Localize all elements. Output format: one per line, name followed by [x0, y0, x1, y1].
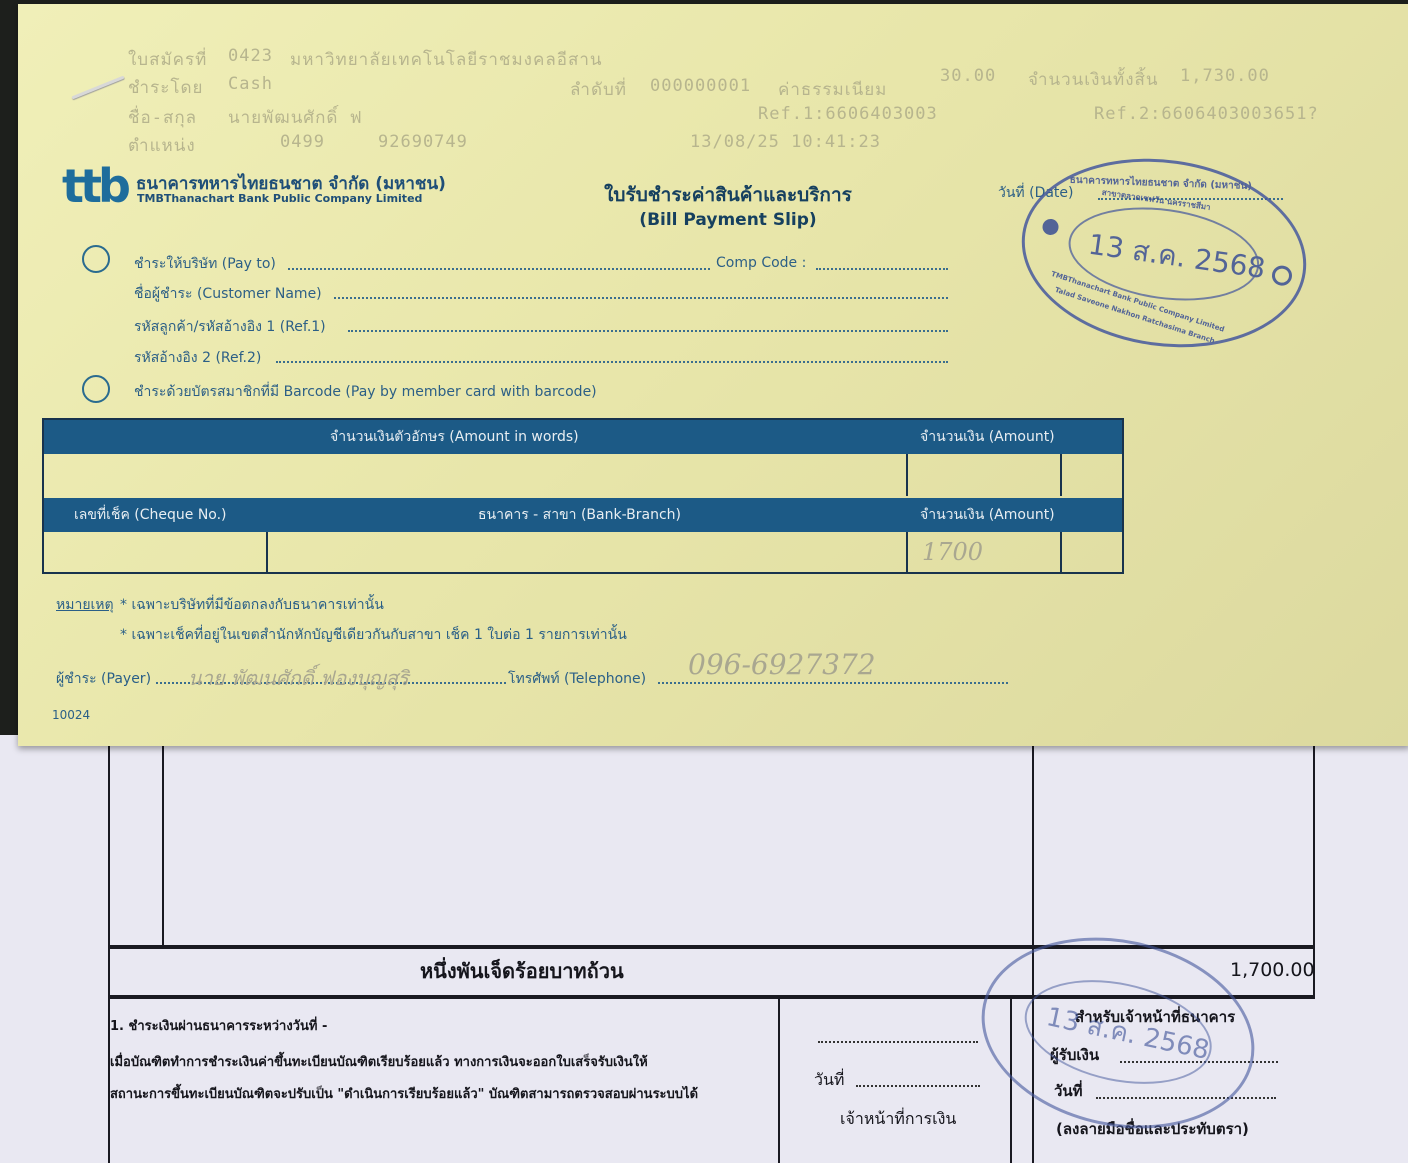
pay-to-company-radio[interactable] — [82, 245, 110, 273]
printed-university: มหาวิทยาลัยเทคโนโลยีราชมงคลอีสาน — [290, 46, 603, 73]
printed-seq-value: 000000001 — [650, 76, 751, 96]
slip-title-en: (Bill Payment Slip) — [578, 210, 878, 230]
printed-code-4: 0499 — [280, 132, 325, 152]
ref2-label: รหัสอ้างอิง 2 (Ref.2) — [134, 347, 261, 369]
ref2-field[interactable] — [276, 361, 948, 363]
printed-total-value: 1,730.00 — [1180, 66, 1270, 86]
printed-total-label: จำนวนเงินทั้งสิ้น — [1028, 66, 1159, 93]
telephone-label: โทรศัพท์ (Telephone) — [508, 668, 646, 690]
handwritten-amount: 1700 — [922, 538, 983, 566]
printed-ref2: Ref.2:6606403003651? — [1094, 104, 1319, 124]
note-2: * เฉพาะเช็คที่อยู่ในเขตสำนักหักบัญชีเดีย… — [120, 624, 627, 646]
barcode-label: ชำระด้วยบัตรสมาชิกที่มี Barcode (Pay by … — [134, 381, 597, 403]
comp-code-field[interactable] — [816, 268, 948, 270]
ref1-field[interactable] — [348, 330, 948, 332]
finance-officer-label: เจ้าหน้าที่การเงิน — [840, 1107, 956, 1132]
payer-handwritten: นาย พัฒนศักดิ์ ฟองบุญสุริ — [188, 662, 409, 694]
registration-form-sheet: หนึ่งพันเจ็ดร้อยบาทถ้วน 1,700.00 1. ชำระ… — [0, 735, 1408, 1163]
note-label: หมายเหตุ — [56, 594, 114, 616]
note-1: * เฉพาะบริษัทที่มีข้อตกลงกับธนาคารเท่านั… — [120, 594, 384, 616]
bank-branch-header: ธนาคาร - สาขา (Bank-Branch) — [478, 498, 681, 532]
slip-title-th: ใบรับชำระค่าสินค้าและบริการ — [578, 180, 878, 210]
stamp-top-text: ธนาคารทหารไทยธนชาต จำกัด (มหาชน) — [1069, 173, 1252, 194]
cheque-amount-cell[interactable]: 1700 — [908, 532, 1060, 572]
amount-header-2: จำนวนเงิน (Amount) — [920, 498, 1055, 532]
cheque-header-row: เลขที่เช็ค (Cheque No.) ธนาคาร - สาขา (B… — [44, 498, 1122, 532]
finance-date-line — [856, 1085, 980, 1087]
amount-cell[interactable] — [908, 454, 1060, 496]
printed-label-3: ชื่อ-สกุล — [128, 104, 197, 131]
ttb-logo: ttb — [62, 164, 127, 208]
bank-stamp: ธนาคารทหารไทยธนชาต จำกัด (มหาชน) สาขาตลา… — [1009, 141, 1318, 365]
ref1-label: รหัสลูกค้า/รหัสอ้างอิง 1 (Ref.1) — [134, 316, 326, 338]
printed-label-1: ใบสมัครที่ — [128, 46, 207, 73]
amount-words-header-row: จำนวนเงินตัวอักษร (Amount in words) จำนว… — [44, 420, 1122, 454]
printed-ref1: Ref.1:6606403003 — [758, 104, 938, 124]
barcode-radio[interactable] — [82, 375, 110, 403]
printed-label-4: ตำแหน่ง — [128, 132, 196, 159]
amount-header: จำนวนเงิน (Amount) — [920, 420, 1055, 454]
telephone-handwritten: 096-6927372 — [688, 648, 876, 681]
customer-name-label: ชื่อผู้ชำระ (Customer Name) — [134, 283, 322, 305]
amount-words-header: จำนวนเงินตัวอักษร (Amount in words) — [330, 420, 579, 454]
cheque-no-cell[interactable] — [44, 532, 266, 572]
staple-icon — [71, 76, 124, 100]
cheque-header: เลขที่เช็ค (Cheque No.) — [74, 498, 227, 532]
bank-branch-cell[interactable] — [268, 532, 906, 572]
printed-seq-label: ลำดับที่ — [570, 76, 627, 103]
bill-payment-slip: ใบสมัครที่ 0423 มหาวิทยาลัยเทคโนโลยีราชม… — [18, 4, 1408, 746]
instruction-line-2: เมื่อบัณฑิตทำการชำระเงินค่าขึ้นทะเบียนบั… — [110, 1051, 648, 1072]
printed-code-1: 0423 — [228, 46, 273, 66]
amount-value: 1,700.00 — [1230, 959, 1315, 981]
finance-date-label: วันที่ — [814, 1068, 844, 1093]
amount-in-words: หนึ่งพันเจ็ดร้อยบาทถ้วน — [420, 955, 624, 987]
printed-payment-method: Cash — [228, 74, 273, 94]
signature-line — [818, 1041, 978, 1043]
printed-fee-value: 30.00 — [940, 66, 996, 86]
form-code: 10024 — [52, 708, 90, 722]
stamp-emblem-icon — [1041, 218, 1059, 236]
amount-words-cell[interactable] — [44, 454, 906, 496]
comp-code-label: Comp Code : — [716, 255, 806, 271]
pay-to-field[interactable] — [288, 268, 710, 270]
printed-datetime: 13/08/25 10:41:23 — [690, 132, 881, 152]
payment-table: จำนวนเงินตัวอักษร (Amount in words) จำนว… — [42, 418, 1124, 574]
printed-value-4: 92690749 — [378, 132, 468, 152]
pay-to-label: ชำระให้บริษัท (Pay to) — [134, 253, 276, 275]
printed-fee-label: ค่าธรรมเนียม — [778, 76, 887, 103]
payer-label: ผู้ชำระ (Payer) — [56, 668, 151, 690]
bank-name-en: TMBThanachart Bank Public Company Limite… — [137, 192, 422, 205]
printed-label-2: ชำระโดย — [128, 74, 203, 101]
customer-name-field[interactable] — [334, 297, 948, 299]
instruction-line-3: สถานะการขึ้นทะเบียนบัณฑิตจะปรับเป็น "ดำเ… — [110, 1083, 698, 1104]
printed-name: นายพัฒนศักดิ์ ฟ — [228, 104, 363, 131]
stamp-gear-icon — [1271, 264, 1294, 287]
instruction-line-1: 1. ชำระเงินผ่านธนาคารระหว่างวันที่ - — [110, 1015, 327, 1036]
telephone-field[interactable] — [658, 682, 1008, 684]
